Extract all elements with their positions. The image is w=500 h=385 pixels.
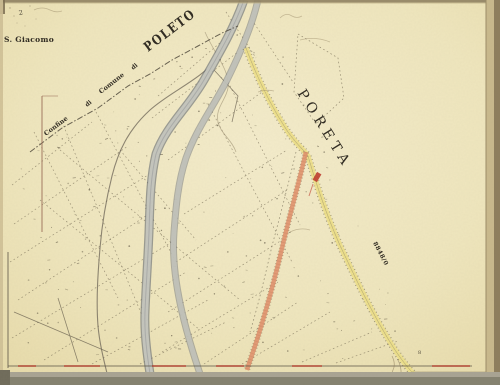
map-scan: S. Giacomo 2 Confine di Comune di POLETO…	[0, 0, 500, 385]
cadastral-map: S. Giacomo 2 Confine di Comune di POLETO…	[0, 0, 500, 385]
paper-grain	[0, 0, 500, 385]
